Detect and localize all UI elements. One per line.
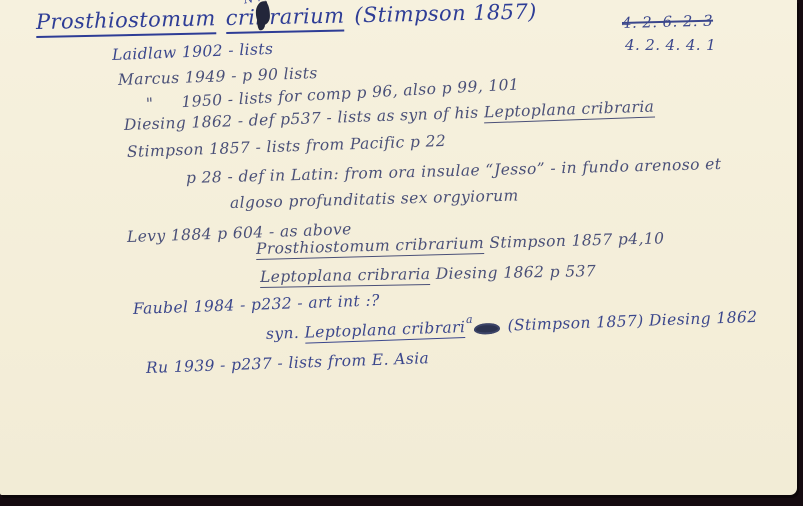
- scanned-card-photo: { "page": { "background_color": "#150b10…: [0, 0, 803, 506]
- note-line-text: syn.: [266, 324, 305, 343]
- title-species: cribrariumN rules: [225, 4, 344, 34]
- note-line-text: Diesing 1862 p 537: [430, 262, 596, 283]
- note-line-latin-1: p 28 - def in Latin: from ora insulae “J…: [186, 155, 722, 187]
- note-line-stimpson: Stimpson 1857 - lists from Pacific p 22: [127, 132, 447, 161]
- superscript-correction: a: [466, 313, 473, 326]
- ink-scribble: [474, 323, 500, 335]
- title-genus: Prosthiostomum: [36, 6, 216, 38]
- title-species-text: cribrarium: [225, 4, 344, 30]
- note-line-faubel: Faubel 1984 - p232 - art int :?: [133, 291, 380, 318]
- ink-blot: [255, 1, 269, 25]
- note-line-marcus-1949: Marcus 1949 - p 90 lists: [118, 64, 318, 89]
- note-line-text: Stimpson 1857 p4,10: [484, 229, 665, 252]
- catalog-number-crossed-out: 4. 2. 6. 2. 3: [622, 12, 714, 32]
- note-line-latin-2: algoso profunditatis sex orgyiorum: [230, 186, 519, 212]
- species-name-underlined: Leptoplana cribraria: [484, 97, 655, 123]
- index-card: ProsthiostomumcribrariumN rules(Stimpson…: [0, 0, 797, 495]
- note-line-leptoplana-synonymy: Leptoplana cribraria Diesing 1862 p 537: [260, 262, 596, 286]
- note-line-text: (Stimpson 1857) Diesing 1862: [502, 308, 758, 335]
- species-name-underlined: Leptoplana cribrari: [304, 318, 465, 344]
- note-line-laidlaw: Laidlaw 1902 - lists: [112, 40, 274, 64]
- catalog-number-current: 4. 2. 4. 4. 1: [625, 36, 716, 54]
- card-title-line: ProsthiostomumcribrariumN rules(Stimpson…: [36, 0, 537, 34]
- species-name-underlined: Leptoplana cribraria: [260, 265, 431, 288]
- note-line-syn: syn. Leptoplana cribraria (Stimpson 1857…: [266, 308, 758, 343]
- ditto-mark: ": [146, 95, 154, 113]
- title-authority: (Stimpson 1857): [354, 0, 537, 27]
- note-line-ru: Ru 1939 - p237 - lists from E. Asia: [146, 349, 430, 377]
